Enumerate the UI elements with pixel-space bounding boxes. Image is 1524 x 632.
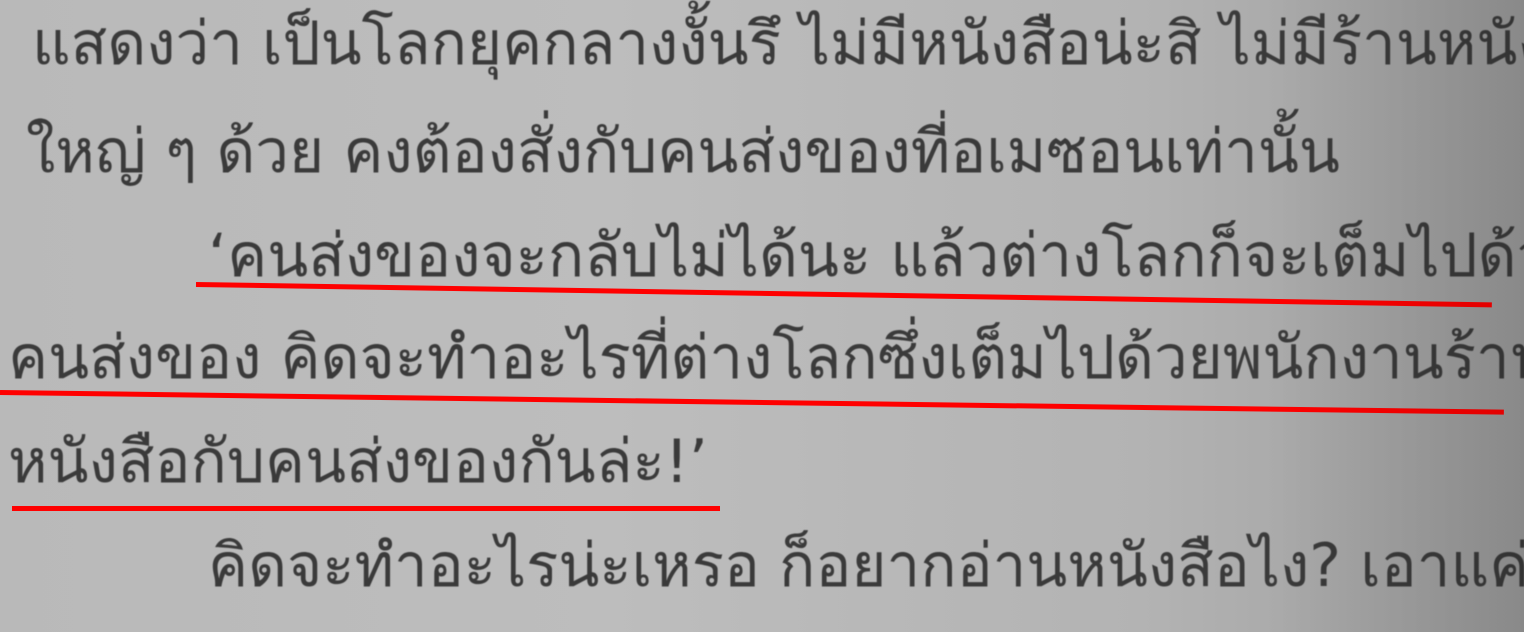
text-line-6: คิดจะทำอะไรน่ะเหรอ ก็อยากอ่านหนังสือไง? … <box>208 536 1524 596</box>
text-line-1: แสดงว่า เป็นโลกยุคกลางงั้นรึ ไม่มีหนังสื… <box>32 14 1524 74</box>
text-line-2: ใหญ่ ๆ ด้วย คงต้องสั่งกับคนส่งของที่อเมซ… <box>26 122 1340 182</box>
text-line-5-quote-end: หนังสือกับคนส่งของกันล่ะ!’ <box>8 432 708 492</box>
red-underline-3 <box>12 506 720 511</box>
text-line-4: คนส่งของ คิดจะทำอะไรที่ต่างโลกซึ่งเต็มไป… <box>8 328 1524 388</box>
text-line-3-quote-start: ‘คนส่งของจะกลับไม่ได้นะ แล้วต่างโลกก็จะเ… <box>208 226 1524 286</box>
book-page-photo: แสดงว่า เป็นโลกยุคกลางงั้นรึ ไม่มีหนังสื… <box>0 0 1524 632</box>
red-underline-2 <box>0 390 1504 415</box>
